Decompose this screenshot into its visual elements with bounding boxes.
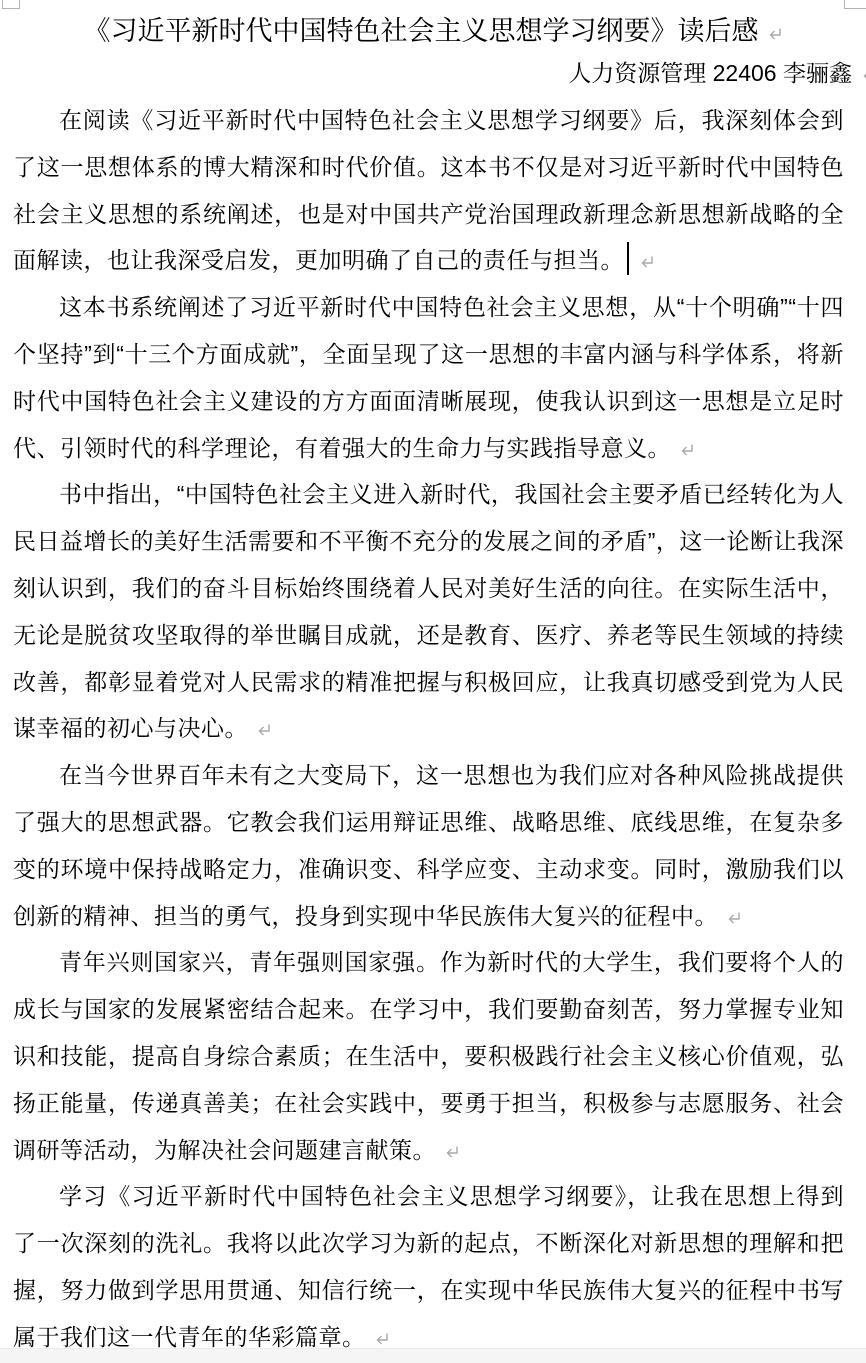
margin-crop-mark-left [2, 0, 20, 9]
paragraph[interactable]: 学习《习近平新时代中国特色社会主义思想学习纲要》，让我在思想上得到了一次深刻的洗… [13, 1173, 844, 1360]
document-body[interactable]: 在阅读《习近平新时代中国特色社会主义思想学习纲要》后，我深刻体会到了这一思想体系… [13, 97, 844, 1361]
document-title-line[interactable]: 《习近平新时代中国特色社会主义思想学习纲要》读后感 [0, 0, 866, 51]
paragraph-mark-icon [638, 253, 655, 270]
margin-crop-mark-right [844, 0, 866, 9]
paragraph-text[interactable]: 在阅读《习近平新时代中国特色社会主义思想学习纲要》后，我深刻体会到了这一思想体系… [13, 107, 844, 273]
paragraph[interactable]: 在阅读《习近平新时代中国特色社会主义思想学习纲要》后，我深刻体会到了这一思想体系… [13, 97, 844, 284]
paragraph-text[interactable]: 在当今世界百年未有之大变局下，这一思想也为我们应对各种风险挑战提供了强大的思想武… [13, 762, 844, 928]
paragraph-mark-icon [766, 25, 783, 42]
document-page[interactable]: 《习近平新时代中国特色社会主义思想学习纲要》读后感 人力资源管理 22406 李… [0, 0, 866, 1363]
page-bottom-strip [0, 1348, 866, 1363]
paragraph[interactable]: 青年兴则国家兴，青年强则国家强。作为新时代的大学生，我们要将个人的成长与国家的发… [13, 939, 844, 1173]
paragraph-mark-icon [860, 66, 866, 83]
paragraph-text[interactable]: 青年兴则国家兴，青年强则国家强。作为新时代的大学生，我们要将个人的成长与国家的发… [13, 949, 844, 1162]
paragraph-mark-icon [255, 721, 272, 738]
text-cursor [627, 242, 629, 275]
paragraph-mark-icon [443, 1143, 460, 1160]
paragraph-mark-icon [725, 909, 742, 926]
byline-text[interactable]: 人力资源管理 22406 李骊鑫 [568, 60, 852, 86]
paragraph[interactable]: 在当今世界百年未有之大变局下，这一思想也为我们应对各种风险挑战提供了强大的思想武… [13, 752, 844, 939]
paragraph-text[interactable]: 书中指出，“中国特色社会主义进入新时代，我国社会主要矛盾已经转化为人民日益增长的… [13, 481, 844, 741]
byline-line[interactable]: 人力资源管理 22406 李骊鑫 [0, 54, 866, 92]
paragraph[interactable]: 书中指出，“中国特色社会主义进入新时代，我国社会主要矛盾已经转化为人民日益增长的… [13, 471, 844, 752]
paragraph-text[interactable]: 学习《习近平新时代中国特色社会主义思想学习纲要》，让我在思想上得到了一次深刻的洗… [13, 1183, 844, 1349]
paragraph-mark-icon [678, 441, 695, 458]
paragraph-mark-icon [373, 1330, 390, 1347]
paragraph-text[interactable]: 这本书系统阐述了习近平新时代中国特色社会主义思想，从“十个明确”“十四个坚持”到… [13, 294, 844, 460]
document-title-text[interactable]: 《习近平新时代中国特色社会主义思想学习纲要》读后感 [84, 16, 759, 46]
paragraph[interactable]: 这本书系统阐述了习近平新时代中国特色社会主义思想，从“十个明确”“十四个坚持”到… [13, 284, 844, 471]
